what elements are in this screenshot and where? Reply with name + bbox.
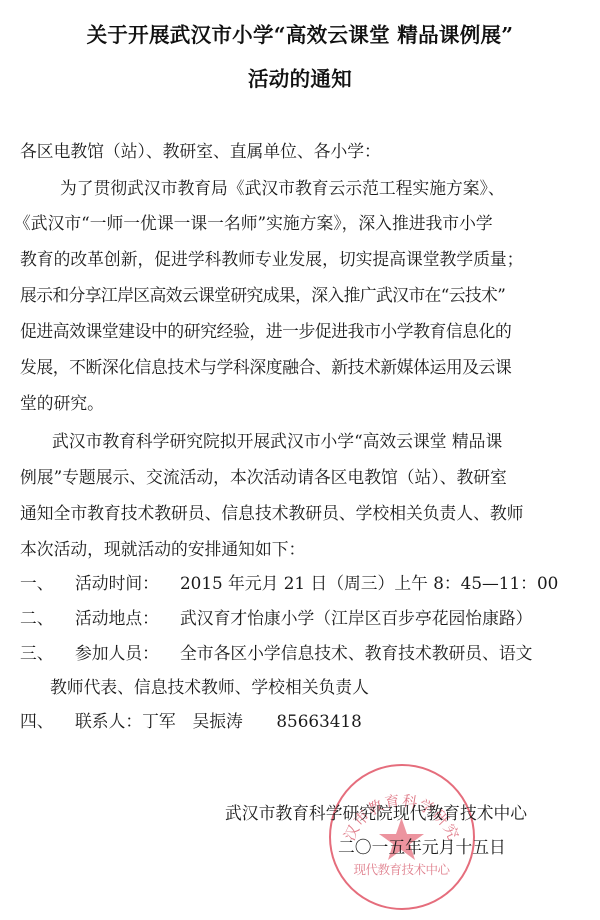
- notice-document: 关于开展武汉市小学“高效云课堂 精品课例展” 活动的通知 各区电教馆（站）、教研…: [0, 0, 600, 920]
- salutation: 各区电教馆（站）、教研室、直属单位、各小学：: [20, 140, 381, 162]
- document-title-line2: 活动的通知: [0, 62, 600, 92]
- list-label: 联系人：丁军 吴振涛 85663418: [75, 708, 362, 732]
- list-label: 活动地点：: [75, 605, 159, 629]
- paragraph1-line: 为了贯彻武汉市教育局《武汉市教育云示范工程实施方案》、: [60, 177, 505, 199]
- paragraph1-line: 展示和分享江岸区高效云课堂研究成果，深入推广武汉市在“云技术”: [20, 284, 505, 306]
- document-title-line1: 关于开展武汉市小学“高效云课堂 精品课例展”: [0, 18, 600, 48]
- paragraph1-line: 《武汉市“一师一优课一课一名师”实施方案》，深入推进我市小学: [14, 212, 493, 234]
- list-value-continuation: 教师代表、信息技术教师、学校相关负责人: [50, 674, 369, 698]
- list-label: 活动时间：: [75, 570, 159, 594]
- list-label: 参加人员：: [75, 640, 159, 664]
- paragraph1-line: 发展，不断深化信息技术与学科深度融合、新技术新媒体运用及云课: [20, 356, 511, 378]
- paragraph1-line: 堂的研究。: [20, 392, 104, 414]
- list-number: 三、: [20, 640, 54, 664]
- list-number: 二、: [20, 605, 54, 629]
- paragraph1-line: 教育的改革创新，促进学科教师专业发展，切实提高课堂教学质量；: [20, 248, 523, 270]
- paragraph1-line: 促进高效课堂建设中的研究经验，进一步促进我市小学教育信息化的: [20, 320, 511, 342]
- list-number: 一、: [20, 570, 54, 594]
- signature-date: 二〇一五年元月十五日: [338, 834, 506, 858]
- paragraph2-line: 通知全市教育技术教研员、信息技术教研员、学校相关负责人、教师: [20, 502, 523, 524]
- signature-organization: 武汉市教育科学研究院现代教育技术中心: [225, 800, 527, 824]
- seal-bottom-text: 现代教育技术中心: [331, 860, 472, 878]
- paragraph2-line: 例展”专题展示、交流活动，本次活动请各区电教馆（站）、教研室: [20, 466, 507, 488]
- list-value: 全市各区小学信息技术、教育技术教研员、语文: [180, 640, 532, 664]
- paragraph2-line: 武汉市教育科学研究院拟开展武汉市小学“高效云课堂 精品课: [52, 430, 502, 452]
- paragraph2-line: 本次活动，现就活动的安排通知如下：: [20, 538, 305, 560]
- list-value: 2015 年元月 21 日（周三）上午 8：45—11：00: [180, 570, 558, 594]
- list-value: 武汉育才怡康小学（江岸区百步亭花园怡康路）: [180, 605, 532, 629]
- list-number: 四、: [20, 708, 54, 732]
